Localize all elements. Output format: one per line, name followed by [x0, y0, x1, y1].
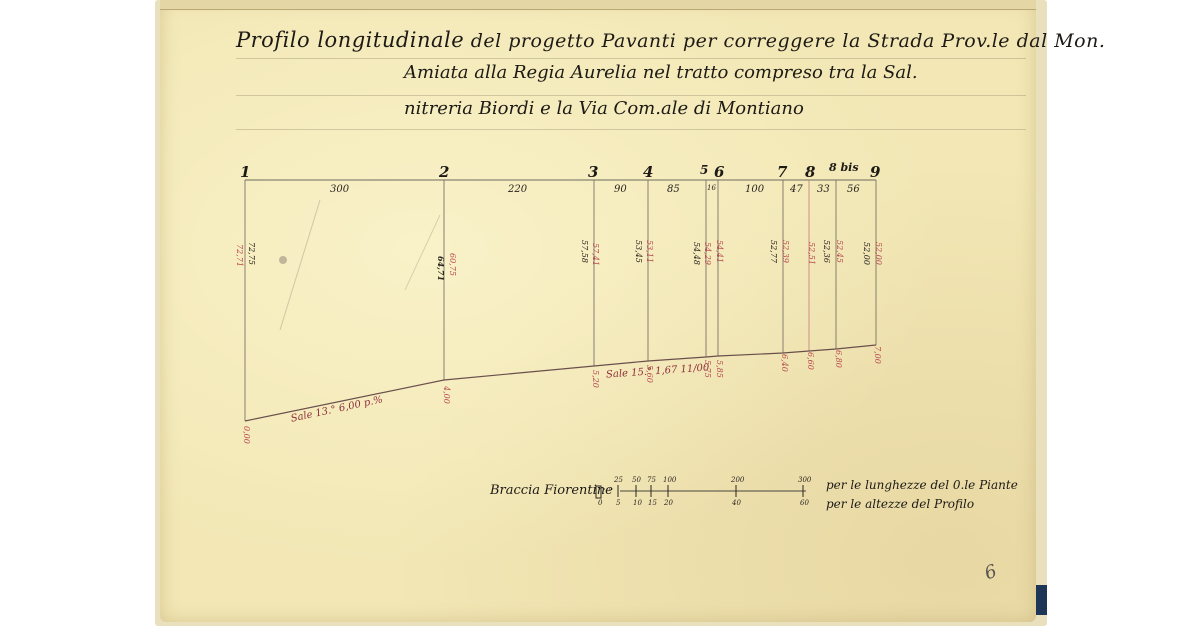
scale-tick: 300 [798, 476, 811, 484]
scale-label: Braccia Fiorentine [490, 483, 613, 498]
scale-tick: 25 [614, 476, 623, 484]
distance-label: 85 [667, 184, 680, 195]
elevation-black: 52,77 [769, 240, 778, 263]
fill-depth-label: 6,60 [806, 352, 815, 370]
fill-depth-label: 4,00 [442, 386, 451, 404]
elevation-red: 57,41 [591, 243, 600, 266]
elevation-black: 54,48 [692, 242, 701, 265]
section-number: 6 [714, 163, 724, 181]
elevation-black: 72,75 [247, 242, 256, 265]
scale-tick: 10 [633, 499, 642, 507]
elevation-black: 64,71 [436, 256, 446, 281]
section-number: 7 [777, 163, 787, 181]
distance-label: 33 [817, 184, 830, 195]
scale-tick: 60 [800, 499, 809, 507]
scale-tick: 50 [632, 476, 641, 484]
distance-label: 47 [790, 184, 803, 195]
elevation-red: 54,41 [715, 240, 724, 263]
elevation-red: 53,11 [645, 240, 654, 263]
scale-note-height: per le altezze del Profilo [826, 497, 974, 511]
elevation-red: 60,75 [448, 253, 457, 276]
distance-label: 100 [745, 184, 764, 195]
elevation-red: 72,71 [235, 244, 244, 267]
fill-depth-label: 7,00 [873, 346, 882, 364]
fill-depth-label: 0,00 [242, 426, 251, 444]
elevation-red: 52,45 [835, 240, 844, 263]
section-number: 2 [439, 163, 449, 181]
fill-depth-label: 6,40 [780, 354, 789, 372]
distance-label: 16 [707, 184, 716, 192]
elevation-red: 52,51 [807, 242, 816, 265]
scale-tick: 0 [598, 499, 602, 507]
distance-label: 56 [847, 184, 860, 195]
scale-tick: 100 [663, 476, 676, 484]
scale-tick: 20 [664, 499, 673, 507]
elevation-red: 54,29 [703, 242, 712, 265]
elevation-red: 52,39 [781, 240, 790, 263]
elevation-black: 57,58 [580, 240, 589, 263]
section-number: 5 [700, 163, 708, 177]
scale-tick: 75 [647, 476, 656, 484]
distance-label: 220 [508, 184, 527, 195]
scale-tick: 5 [616, 499, 620, 507]
section-number: 8 [805, 163, 815, 181]
section-verticals [245, 180, 876, 421]
scale-note-length: per le lunghezze del 0.le Piante [826, 478, 1018, 492]
scale-tick: 200 [731, 476, 744, 484]
section-number: 1 [240, 163, 250, 181]
section-number: 8 bis [829, 161, 859, 174]
elevation-black: 53,45 [634, 240, 643, 263]
section-number: 4 [643, 163, 653, 181]
section-number: 3 [588, 163, 598, 181]
distance-label: 90 [614, 184, 627, 195]
fill-depth-label: 5,85 [715, 360, 724, 378]
elevation-red: 52,00 [874, 242, 883, 265]
profile-drawing [0, 0, 1200, 628]
section-number: 9 [870, 163, 880, 181]
scale-tick: 15 [648, 499, 657, 507]
elevation-black: 52,00 [862, 242, 871, 265]
scale-tick: 40 [732, 499, 741, 507]
elevation-black: 52,36 [822, 240, 831, 263]
fill-depth-label: 5,20 [591, 370, 600, 388]
distance-label: 300 [330, 184, 349, 195]
fill-depth-label: 6,80 [834, 350, 843, 368]
